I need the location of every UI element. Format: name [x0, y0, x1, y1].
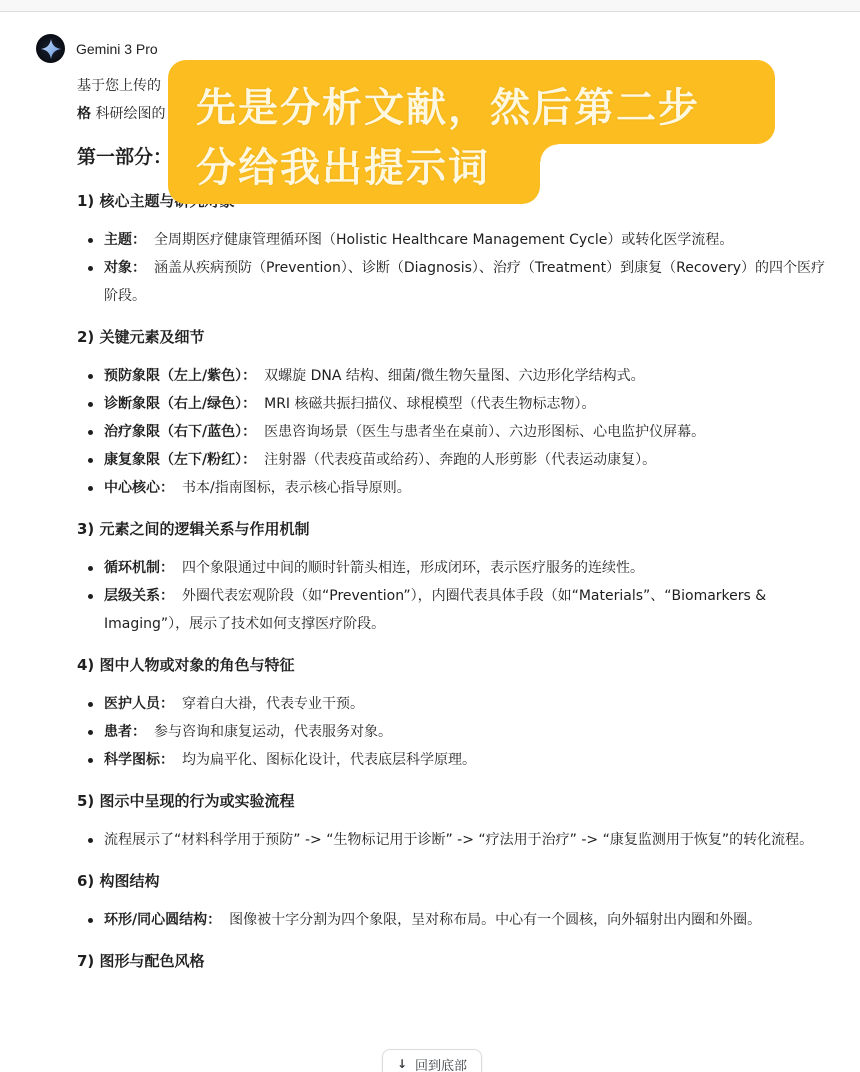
intro-line2-bold: 格 [77, 106, 91, 122]
list-item: 主题：全周期医疗健康管理循环图（Holistic Healthcare Mana… [77, 226, 827, 254]
item-label: 患者： [104, 724, 146, 740]
response-content: 基于您上传的der 风 格 科研绘图的 AI 第一部分：图 1) 核心主题与研究… [77, 72, 827, 986]
list-item: 康复象限（左下/粉红）：注射器（代表疫苗或给药）、奔跑的人形剪影（代表运动康复）… [77, 446, 827, 474]
list-item: 对象：涵盖从疾病预防（Prevention）、诊断（Diagnosis）、治疗（… [77, 254, 827, 310]
section-list: 预防象限（左上/紫色）：双螺旋 DNA 结构、细菌/微生物矢量图、六边形化学结构… [77, 362, 827, 502]
item-label: 层级关系： [104, 588, 174, 604]
item-text: 参与咨询和康复运动，代表服务对象。 [154, 724, 392, 740]
model-name: Gemini 3 Pro [76, 41, 158, 57]
item-text: MRI 核磁共振扫描仪、球棍模型（代表生物标志物）。 [264, 396, 595, 412]
item-label: 主题： [104, 232, 146, 248]
item-label: 康复象限（左下/粉红）： [104, 452, 256, 468]
section-title: 4) 图中人物或对象的角色与特征 [77, 652, 827, 678]
list-item: 诊断象限（右上/绿色）：MRI 核磁共振扫描仪、球棍模型（代表生物标志物）。 [77, 390, 827, 418]
section-title: 2) 关键元素及细节 [77, 324, 827, 350]
section-title: 3) 元素之间的逻辑关系与作用机制 [77, 516, 827, 542]
list-item: 环形/同心圆结构：图像被十字分割为四个象限，呈对称布局。中心有一个圆核，向外辐射… [77, 906, 827, 934]
list-item: 中心核心：书本/指南图标，表示核心指导原则。 [77, 474, 827, 502]
item-label: 中心核心： [104, 480, 174, 496]
item-label: 循环机制： [104, 560, 174, 576]
list-item: 循环机制：四个象限通过中间的顺时针箭头相连，形成闭环，表示医疗服务的连续性。 [77, 554, 827, 582]
item-label: 预防象限（左上/紫色）： [104, 368, 256, 384]
overlay-line-2: 分给我出提示词 [196, 136, 490, 193]
gemini-sparkle-icon [41, 39, 61, 59]
list-item: 医护人员：穿着白大褂，代表专业干预。 [77, 690, 827, 718]
item-text: 均为扁平化、图标化设计，代表底层科学原理。 [182, 752, 476, 768]
section-list: 流程展示了“材料科学用于预防” -> “生物标记用于诊断” -> “疗法用于治疗… [77, 826, 827, 854]
section-list: 循环机制：四个象限通过中间的顺时针箭头相连，形成闭环，表示医疗服务的连续性。 层… [77, 554, 827, 638]
item-text: 医患咨询场景（医生与患者坐在桌前）、六边形图标、心电监护仪屏幕。 [264, 424, 705, 440]
item-text: 双螺旋 DNA 结构、细菌/微生物矢量图、六边形化学结构式。 [264, 368, 644, 384]
item-text: 涵盖从疾病预防（Prevention）、诊断（Diagnosis）、治疗（Tre… [104, 260, 825, 304]
item-text: 图像被十字分割为四个象限，呈对称布局。中心有一个圆核，向外辐射出内圈和外圈。 [229, 912, 761, 928]
overlay-line-1: 先是分析文献，然后第二步 [196, 76, 700, 133]
intro-line1-start: 基于您上传的 [77, 78, 161, 94]
item-label: 医护人员： [104, 696, 174, 712]
list-item: 患者：参与咨询和康复运动，代表服务对象。 [77, 718, 827, 746]
gemini-avatar [36, 34, 65, 63]
item-text: 外圈代表宏观阶段（如“Prevention”），内圈代表具体手段（如“Mater… [104, 588, 766, 632]
item-text: 全周期医疗健康管理循环图（Holistic Healthcare Managem… [154, 232, 733, 248]
item-text: 穿着白大褂，代表专业干预。 [182, 696, 364, 712]
list-item: 层级关系：外圈代表宏观阶段（如“Prevention”），内圈代表具体手段（如“… [77, 582, 827, 638]
section-list: 医护人员：穿着白大褂，代表专业干预。 患者：参与咨询和康复运动，代表服务对象。 … [77, 690, 827, 774]
item-label: 治疗象限（右下/蓝色）： [104, 424, 256, 440]
item-label: 科学图标： [104, 752, 174, 768]
item-text: 书本/指南图标，表示核心指导原则。 [182, 480, 411, 496]
item-label: 对象： [104, 260, 146, 276]
section-title: 6) 构图结构 [77, 868, 827, 894]
item-text: 流程展示了“材料科学用于预防” -> “生物标记用于诊断” -> “疗法用于治疗… [104, 832, 813, 848]
section-title: 7) 图形与配色风格 [77, 948, 827, 974]
arrow-down-icon: ↓ [397, 1057, 407, 1071]
list-item: 治疗象限（右下/蓝色）：医患咨询场景（医生与患者坐在桌前）、六边形图标、心电监护… [77, 418, 827, 446]
item-label: 诊断象限（右上/绿色）： [104, 396, 256, 412]
section-list: 主题：全周期医疗健康管理循环图（Holistic Healthcare Mana… [77, 226, 827, 310]
list-item: 预防象限（左上/紫色）：双螺旋 DNA 结构、细菌/微生物矢量图、六边形化学结构… [77, 362, 827, 390]
list-item: 科学图标：均为扁平化、图标化设计，代表底层科学原理。 [77, 746, 827, 774]
message-header: Gemini 3 Pro [36, 34, 158, 63]
overlay-corner [540, 144, 558, 162]
scroll-to-bottom-button[interactable]: ↓ 回到底部 [382, 1049, 482, 1072]
scroll-button-label: 回到底部 [415, 1055, 467, 1072]
annotation-overlay: 先是分析文献，然后第二步 分给我出提示词 [168, 60, 775, 204]
section-list: 环形/同心圆结构：图像被十字分割为四个象限，呈对称布局。中心有一个圆核，向外辐射… [77, 906, 827, 934]
item-label: 环形/同心圆结构： [104, 912, 221, 928]
section-title: 5) 图示中呈现的行为或实验流程 [77, 788, 827, 814]
top-bar [0, 0, 860, 12]
item-text: 四个象限通过中间的顺时针箭头相连，形成闭环，表示医疗服务的连续性。 [182, 560, 644, 576]
item-text: 注射器（代表疫苗或给药）、奔跑的人形剪影（代表运动康复）。 [264, 452, 656, 468]
list-item: 流程展示了“材料科学用于预防” -> “生物标记用于诊断” -> “疗法用于治疗… [77, 826, 827, 854]
